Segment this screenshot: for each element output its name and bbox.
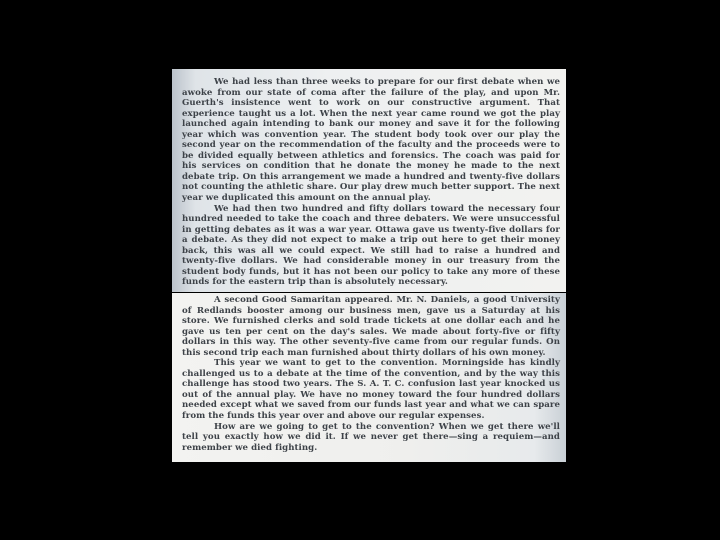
paragraph-closing: How are we going to get to the conventio… xyxy=(182,422,560,454)
scanned-clipping-bottom: A second Good Samaritan appeared. Mr. N.… xyxy=(172,293,566,462)
paragraph-convention: This year we want to get to the conventi… xyxy=(182,358,560,421)
paragraph-good-samaritan: A second Good Samaritan appeared. Mr. N.… xyxy=(182,295,560,358)
paragraph-two-hundred-fifty: We had then two hundred and fifty dollar… xyxy=(182,204,560,288)
scanned-clipping-top: We had less than three weeks to prepare … xyxy=(172,69,566,292)
paragraph-first-debate: We had less than three weeks to prepare … xyxy=(182,77,560,204)
